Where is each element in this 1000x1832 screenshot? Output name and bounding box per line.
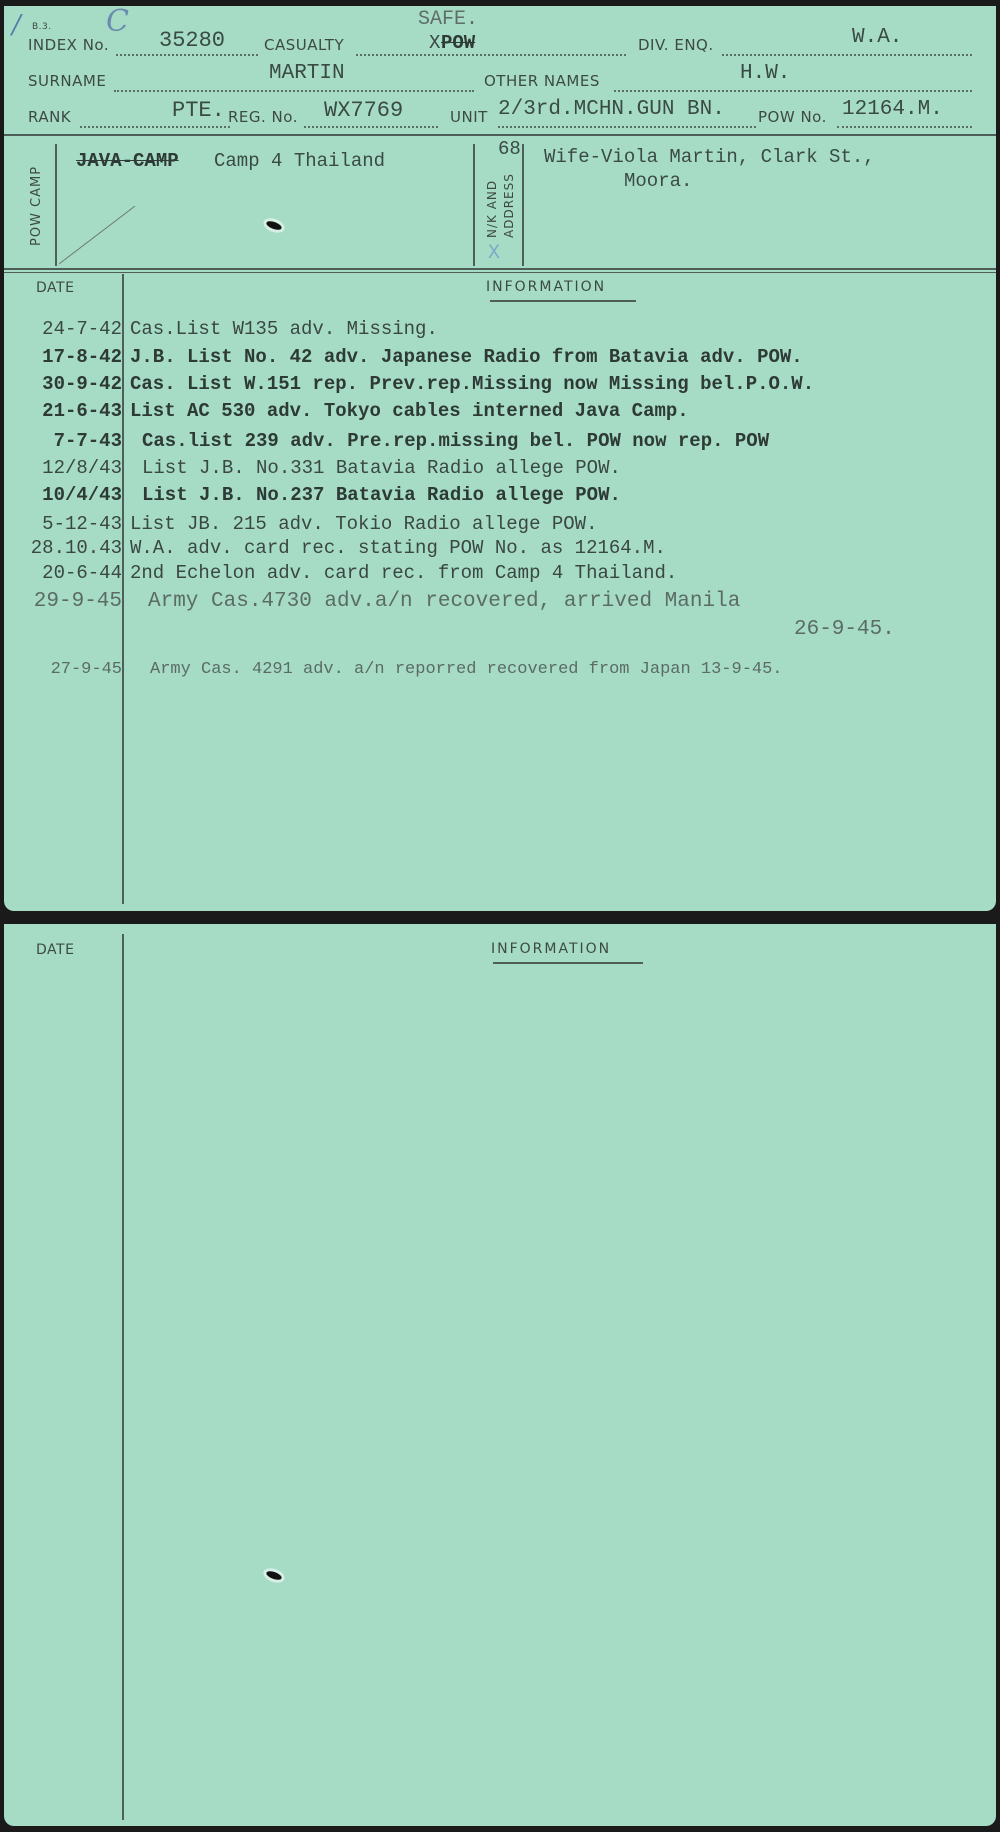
table-row: 29-9-45 Army Cas.4730 adv.a/n recovered,… <box>4 590 996 618</box>
table-row: 20-6-44 2nd Echelon adv. card rec. from … <box>4 562 996 590</box>
punch-hole-icon <box>265 1569 282 1581</box>
table-row: 30-9-42 Cas. List W.151 rep. Prev.rep.Mi… <box>4 373 996 401</box>
table-row: 21-6-43 List AC 530 adv. Tokyo cables in… <box>4 400 996 428</box>
date-header: DATE <box>36 942 74 958</box>
pencil-stroke-icon <box>59 206 139 266</box>
casualty-value-struck: POW <box>441 32 475 54</box>
pow-no-label: POW No. <box>758 108 827 126</box>
nok-address-line2: Moora. <box>624 170 692 192</box>
information-header: INFORMATION <box>486 279 606 295</box>
div-enq-value: W.A. <box>852 26 902 49</box>
handwritten-slash: / <box>12 10 21 40</box>
reg-no-value: WX7769 <box>324 98 403 123</box>
nok-number: 68 <box>498 138 521 160</box>
table-row: 24-7-42 Cas.List W135 adv. Missing. <box>4 318 996 346</box>
casualty-prefix: X <box>429 32 440 54</box>
index-no-label: INDEX No. <box>28 36 109 54</box>
unit-label: UNIT <box>450 108 488 126</box>
table-row: 17-8-42 J.B. List No. 42 adv. Japanese R… <box>4 346 996 374</box>
index-no-value: 35280 <box>159 28 225 53</box>
reg-no-label: REG. No. <box>228 108 298 126</box>
entry-continuation: 26-9-45. <box>794 618 895 641</box>
nok-address-line1: Wife-Viola Martin, Clark St., <box>544 146 875 168</box>
table-row: 27-9-45 Army Cas. 4291 adv. a/n reporred… <box>4 660 996 688</box>
pow-camp-value: Camp 4 Thailand <box>214 150 385 172</box>
information-header: INFORMATION <box>491 941 611 957</box>
nok-mark: X <box>488 242 500 265</box>
table-row: 28.10.43 W.A. adv. card rec. stating POW… <box>4 537 996 565</box>
nok-label-line2: ADDRESS <box>502 173 516 238</box>
pow-camp-struck: JAVA-CAMP <box>76 150 179 172</box>
pow-camp-label: POW CAMP <box>29 166 44 246</box>
other-names-label: OTHER NAMES <box>484 72 600 90</box>
date-header: DATE <box>36 280 74 296</box>
handwritten-c: C <box>106 4 129 39</box>
surname-value: MARTIN <box>269 62 345 85</box>
casualty-overwrite: SAFE. <box>418 8 478 31</box>
pow-no-value: 12164.M. <box>842 98 943 121</box>
casualty-label: CASUALTY <box>264 36 344 54</box>
table-row: 10/4/43 List J.B. No.237 Batavia Radio a… <box>4 484 996 512</box>
form-code: B.3. <box>32 22 52 32</box>
div-enq-label: DIV. ENQ. <box>638 36 714 54</box>
unit-value: 2/3rd.MCHN.GUN BN. <box>498 98 725 121</box>
table-row: 12/8/43 List J.B. No.331 Batavia Radio a… <box>4 457 996 485</box>
nok-label-line1: N/K AND <box>485 180 499 238</box>
surname-label: SURNAME <box>28 72 106 90</box>
table-row: 7-7-43 Cas.list 239 adv. Pre.rep.missing… <box>4 430 996 458</box>
record-card-front: B.3. / C INDEX No. 35280 CASUALTY SAFE. … <box>4 6 996 911</box>
punch-hole-icon <box>265 219 282 231</box>
rank-label: RANK <box>28 108 71 126</box>
record-card-back: DATE INFORMATION <box>4 924 996 1826</box>
rank-value: PTE. <box>172 98 225 123</box>
other-names-value: H.W. <box>740 62 790 85</box>
